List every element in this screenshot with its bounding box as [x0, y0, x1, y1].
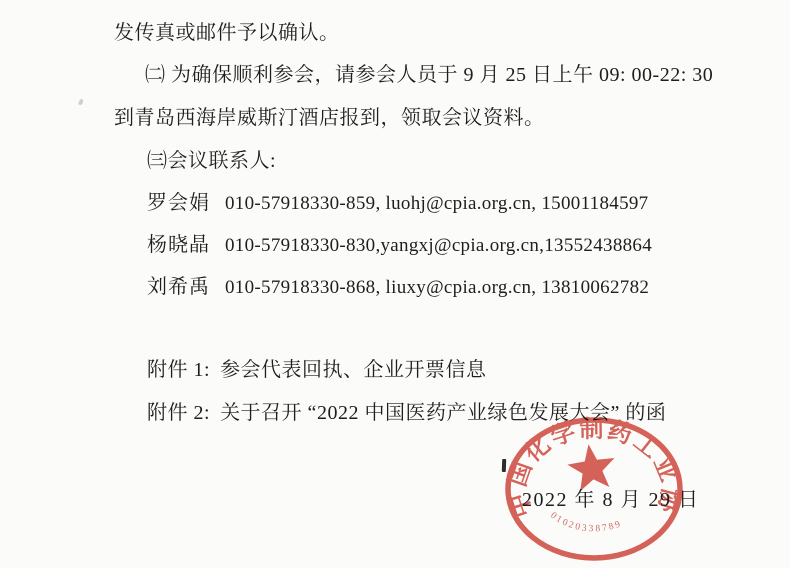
contact-name: 刘希禹 [147, 270, 210, 299]
contact-detail: 010-57918330-859, luohj@cpia.org.cn, 150… [225, 193, 648, 215]
scanned-letter-page: 发传真或邮件予以确认。 ㈡ 为确保顺利参会，请参会人员于 9 月 25 日上午 … [0, 0, 790, 568]
scan-artifact-speck [78, 99, 84, 106]
contact-row: 刘希禹 010-57918330-868, liuxy@cpia.org.cn,… [147, 270, 649, 299]
contact-row: 杨晓晶 010-57918330-830,yangxj@cpia.org.cn,… [147, 228, 652, 257]
contact-row: 罗会娟 010-57918330-859, luohj@cpia.org.cn,… [147, 186, 648, 215]
contact-detail: 010-57918330-868, liuxy@cpia.org.cn, 138… [225, 277, 649, 299]
attachment-label: 附件 2: [147, 396, 210, 425]
contact-name: 罗会娟 [147, 186, 210, 215]
contact-detail: 010-57918330-830,yangxj@cpia.org.cn,1355… [225, 235, 652, 257]
attachment-line: 附件 1: 参会代表回执、企业开票信息 [147, 353, 487, 382]
section3-heading: ㈢会议联系人: [147, 144, 276, 173]
signature-date: 2022 年 8 月 29 日 [522, 483, 700, 512]
section2-line2: 到青岛西海岸威斯汀酒店报到，领取会议资料。 [114, 101, 545, 130]
section2-line1: ㈡ 为确保顺利参会，请参会人员于 9 月 25 日上午 09: 00-22: 3… [145, 58, 713, 87]
contact-name: 杨晓晶 [147, 228, 210, 257]
seal-serial-text: 01020338789 [548, 511, 624, 535]
attachment-label: 附件 1: [147, 353, 210, 382]
attachment-text: 参会代表回执、企业开票信息 [220, 353, 487, 382]
confirmation-line: 发传真或邮件予以确认。 [114, 16, 340, 45]
